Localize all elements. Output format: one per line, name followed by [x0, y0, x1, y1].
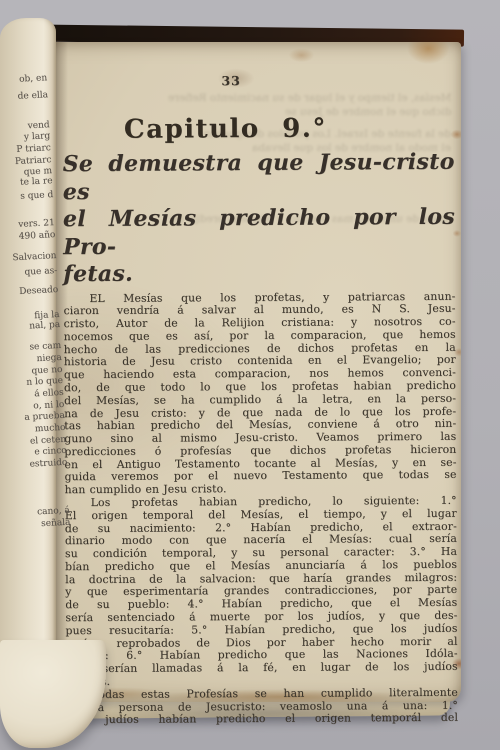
text-fragment: vend: [27, 120, 49, 131]
subtitle-line: Se demuestra que Jesu-cristo es: [63, 149, 455, 206]
chapter-heading: Capitulo 9.°: [62, 111, 388, 147]
text-fragment: á ellos: [34, 388, 64, 400]
text-fragment: mucho: [35, 423, 66, 435]
text-fragment: s que d: [20, 190, 53, 202]
body-line: tras serían llamadas á la fé, en lugar d…: [66, 661, 458, 676]
text-fragment: nal, pa: [29, 320, 60, 332]
text-fragment: Patriarc: [15, 155, 52, 167]
text-fragment: señala: [41, 518, 71, 530]
printed-content: 33 Capitulo 9.° Se demuestra que Jesu-cr…: [50, 41, 463, 728]
text-fragment: cano, á: [37, 506, 70, 518]
text-fragment: vers. 21: [18, 218, 55, 230]
page-number: 33: [62, 73, 400, 89]
text-fragment: se cam: [29, 341, 61, 353]
text-fragment: Deseado: [19, 285, 59, 297]
text-fragment: o, ni lo: [33, 400, 64, 412]
left-page-bottom-curl: [0, 640, 106, 748]
text-fragment: a prueba: [24, 411, 65, 423]
text-fragment: el ceten: [30, 435, 67, 447]
subtitle-line: fetas.: [63, 259, 455, 289]
text-fragment: y larg: [24, 131, 51, 142]
text-fragment: que as-: [24, 266, 57, 278]
subtitle-line: el Mesías predicho por los Pro-: [63, 204, 455, 261]
text-fragment: e cinco: [34, 446, 67, 458]
body-line: Los judíos habían predicho el origen tem…: [66, 712, 458, 727]
text-fragment: te la re: [20, 176, 53, 188]
text-fragment: n lo que: [26, 376, 63, 388]
text-fragment: P triarc: [16, 143, 51, 155]
book-photo-scene: Mesías, el tiempo y el lugar de su nacim…: [0, 0, 500, 750]
text-fragment: ob, en: [19, 73, 48, 84]
body-text: EL Mesías que los profetas, y patriarcas…: [63, 290, 458, 727]
chapter-subtitle: Se demuestra que Jesu-cristo es el Mesía…: [63, 149, 456, 289]
text-fragment: niega: [36, 353, 62, 364]
text-fragment: que no: [31, 365, 62, 377]
left-page-curled-edge: ob, en de ella vend y larg P triarc Patr…: [0, 18, 56, 708]
text-fragment: de ella: [17, 90, 48, 102]
book-page: Mesías, el tiempo y el lugar de su nacim…: [52, 42, 461, 702]
text-fragment: Salvacion: [12, 251, 56, 263]
text-fragment: estruido: [29, 458, 67, 470]
text-fragment: 490 año: [19, 230, 56, 242]
